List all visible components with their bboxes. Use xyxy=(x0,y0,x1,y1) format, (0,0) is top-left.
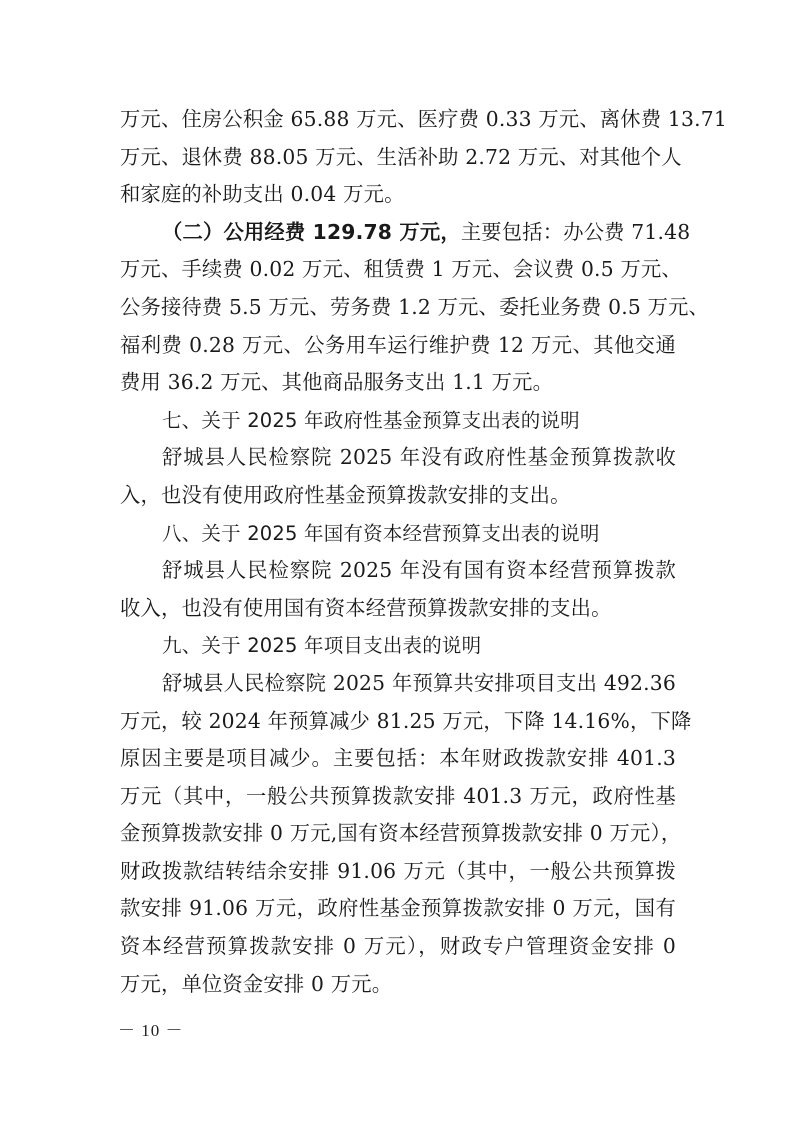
text-line: 舒城县人民检察院 2025 年没有政府性基金预算拨款收 xyxy=(120,439,676,477)
paragraph-public-funds: （二）公用经费 129.78 万元，主要包括：办公费 71.48 万元、手续费 … xyxy=(120,214,676,402)
section-9-heading: 九、关于 2025 年项目支出表的说明 xyxy=(120,627,676,665)
text-line: 万元，较 2024 年预算减少 81.25 万元，下降 14.16%，下降 xyxy=(120,703,676,741)
text-line: 万元（其中，一般公共预算拨款安排 401.3 万元，政府性基 xyxy=(120,778,676,816)
section-8-heading: 八、关于 2025 年国有资本经营预算支出表的说明 xyxy=(120,515,676,553)
text-line: 万元、退休费 88.05 万元、生活补助 2.72 万元、对其他个人 xyxy=(120,139,676,177)
text-line: 资本经营预算拨款安排 0 万元），财政专户管理资金安排 0 xyxy=(120,928,676,966)
text-line: 万元，单位资金安排 0 万元。 xyxy=(120,966,676,1004)
text-line: 款安排 91.06 万元，政府性基金预算拨款安排 0 万元，国有 xyxy=(120,890,676,928)
page-number: － 10 － xyxy=(118,1016,184,1041)
section-7-heading: 七、关于 2025 年政府性基金预算支出表的说明 xyxy=(120,402,676,440)
paragraph-section-9-body: 舒城县人民检察院 2025 年预算共安排项目支出 492.36 万元，较 202… xyxy=(120,665,676,1003)
text-line: 和家庭的补助支出 0.04 万元。 xyxy=(120,176,676,214)
text-line: 原因主要是项目减少。主要包括：本年财政拨款安排 401.3 xyxy=(120,740,676,778)
paragraph-section-8-body: 舒城县人民检察院 2025 年没有国有资本经营预算拨款 收入，也没有使用国有资本… xyxy=(120,552,676,627)
paragraph-section-7-body: 舒城县人民检察院 2025 年没有政府性基金预算拨款收 入，也没有使用政府性基金… xyxy=(120,439,676,514)
text-line: 万元、手续费 0.02 万元、租赁费 1 万元、会议费 0.5 万元、 xyxy=(120,251,676,289)
public-funds-first-line-rest: 主要包括：办公费 71.48 xyxy=(461,220,691,244)
text-line: 万元、住房公积金 65.88 万元、医疗费 0.33 万元、离休费 13.71 xyxy=(120,101,676,139)
text-line: 入，也没有使用政府性基金预算拨款安排的支出。 xyxy=(120,477,676,515)
text-line: 舒城县人民检察院 2025 年预算共安排项目支出 492.36 xyxy=(120,665,676,703)
public-funds-bold-lead: （二）公用经费 129.78 万元， xyxy=(162,220,461,244)
text-line: （二）公用经费 129.78 万元，主要包括：办公费 71.48 xyxy=(120,214,676,252)
text-line: 财政拨款结转结余安排 91.06 万元（其中，一般公共预算拨 xyxy=(120,853,676,891)
text-line: 福利费 0.28 万元、公务用车运行维护费 12 万元、其他交通 xyxy=(120,327,676,365)
text-line: 收入，也没有使用国有资本经营预算拨款安排的支出。 xyxy=(120,590,676,628)
document-page: 万元、住房公积金 65.88 万元、医疗费 0.33 万元、离休费 13.71 … xyxy=(120,101,676,1003)
text-line: 费用 36.2 万元、其他商品服务支出 1.1 万元。 xyxy=(120,364,676,402)
paragraph-personnel-continued: 万元、住房公积金 65.88 万元、医疗费 0.33 万元、离休费 13.71 … xyxy=(120,101,676,214)
text-line: 公务接待费 5.5 万元、劳务费 1.2 万元、委托业务费 0.5 万元、 xyxy=(120,289,676,327)
text-line: 舒城县人民检察院 2025 年没有国有资本经营预算拨款 xyxy=(120,552,676,590)
text-line: 金预算拨款安排 0 万元,国有资本经营预算拨款安排 0 万元）， xyxy=(120,815,676,853)
